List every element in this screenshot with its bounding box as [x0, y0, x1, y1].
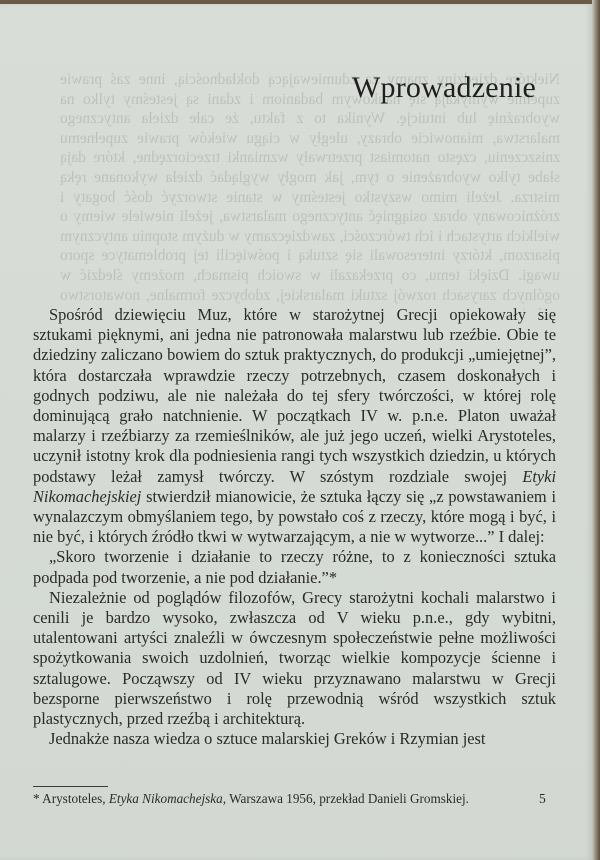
footnote-work-title: Etyka Nikomachejska: [109, 791, 223, 806]
book-edge: [592, 0, 600, 860]
paragraph-3: Niezależnie od poglądów filozofów, Grecy…: [33, 588, 556, 729]
body-text: Spośród dziewięciu Muz, które w starożyt…: [33, 305, 556, 749]
footnote: * Arystoteles, Etyka Nikomachejska, Wars…: [33, 791, 513, 807]
footnote-author: Arystoteles,: [42, 791, 109, 806]
bleed-through-text: Niektóre dziedziny znamy za zdumiewającą…: [60, 70, 560, 310]
footnote-marker: *: [33, 791, 42, 806]
chapter-title: Wprowadzenie: [352, 71, 536, 105]
paragraph-1: Spośród dziewięciu Muz, które w starożyt…: [33, 305, 556, 547]
book-page: Niektóre dziedziny znamy za zdumiewającą…: [0, 4, 594, 860]
footnote-rest: , Warszawa 1956, przekład Danieli Gromsk…: [223, 791, 469, 806]
page-number: 5: [539, 791, 546, 807]
paragraph-4: Jednakże nasza wiedza o sztuce malarskie…: [33, 729, 556, 749]
quote-paragraph: „Skoro tworzenie i działanie to rzeczy r…: [33, 547, 556, 587]
paragraph-1-text-a: Spośród dziewięciu Muz, które w starożyt…: [33, 305, 556, 486]
footnote-divider: [33, 786, 108, 787]
